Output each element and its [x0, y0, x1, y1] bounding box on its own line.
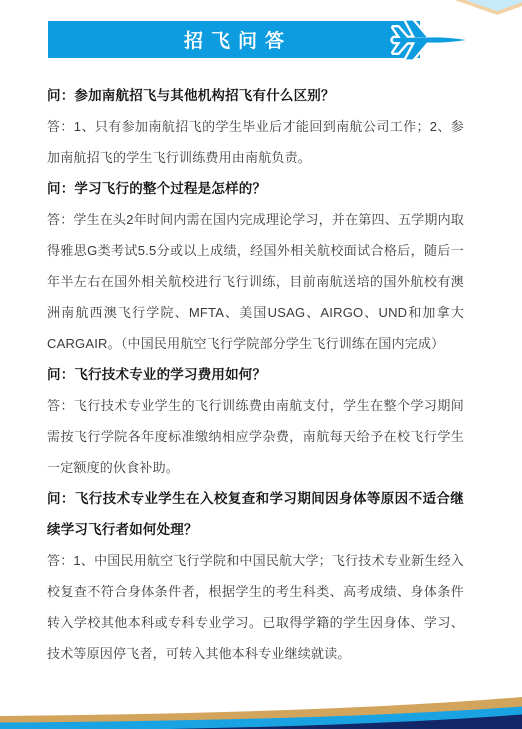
qa-item-2: 问：学习飞行的整个过程是怎样的？ 答：学生在头2年时间内需在国内完成理论学习，并…: [47, 173, 464, 359]
answer-text: 答：1、只有参加南航招飞的学生毕业后才能回到南航公司工作；2、参加南航招飞的学生…: [47, 111, 464, 173]
corner-ribbon-shape: [437, 0, 522, 13]
qa-item-3: 问：飞行技术专业的学习费用如何？ 答：飞行技术专业学生的飞行训练费由南航支付，学…: [47, 359, 464, 483]
question-text: 问：飞行技术专业学生在入校复查和学习期间因身体等原因不适合继续学习飞行者如何处理…: [47, 483, 464, 545]
qa-item-4: 问：飞行技术专业学生在入校复查和学习期间因身体等原因不适合继续学习飞行者如何处理…: [47, 483, 464, 669]
question-text: 问：学习飞行的整个过程是怎样的？: [47, 173, 464, 204]
qa-content: 问：参加南航招飞与其他机构招飞有什么区别？ 答：1、只有参加南航招飞的学生毕业后…: [47, 80, 464, 669]
question-text: 问：飞行技术专业的学习费用如何？: [47, 359, 464, 390]
title-banner: 招飞问答: [48, 21, 420, 58]
qa-item-1: 问：参加南航招飞与其他机构招飞有什么区别？ 答：1、只有参加南航招飞的学生毕业后…: [47, 80, 464, 173]
answer-text: 答：飞行技术专业学生的飞行训练费由南航支付，学生在整个学习期间需按飞行学院各年度…: [47, 390, 464, 483]
answer-text: 答：学生在头2年时间内需在国内完成理论学习，并在第四、五学期内取得雅思G类考试5…: [47, 204, 464, 359]
answer-text: 答：1、中国民用航空飞行学院和中国民航大学；飞行技术专业新生经入校复查不符合身体…: [47, 545, 464, 669]
brochure-page: 招飞问答 问：参加南航招飞与其他机构招飞有什么区别？ 答：1、只有参加南航招飞的…: [0, 0, 522, 729]
bottom-swoosh-decoration: [0, 689, 522, 729]
airplane-icon-shape: [393, 21, 466, 60]
airplane-icon: [390, 15, 470, 65]
page-title: 招飞问答: [176, 26, 292, 53]
question-text: 问：参加南航招飞与其他机构招飞有什么区别？: [47, 80, 464, 111]
